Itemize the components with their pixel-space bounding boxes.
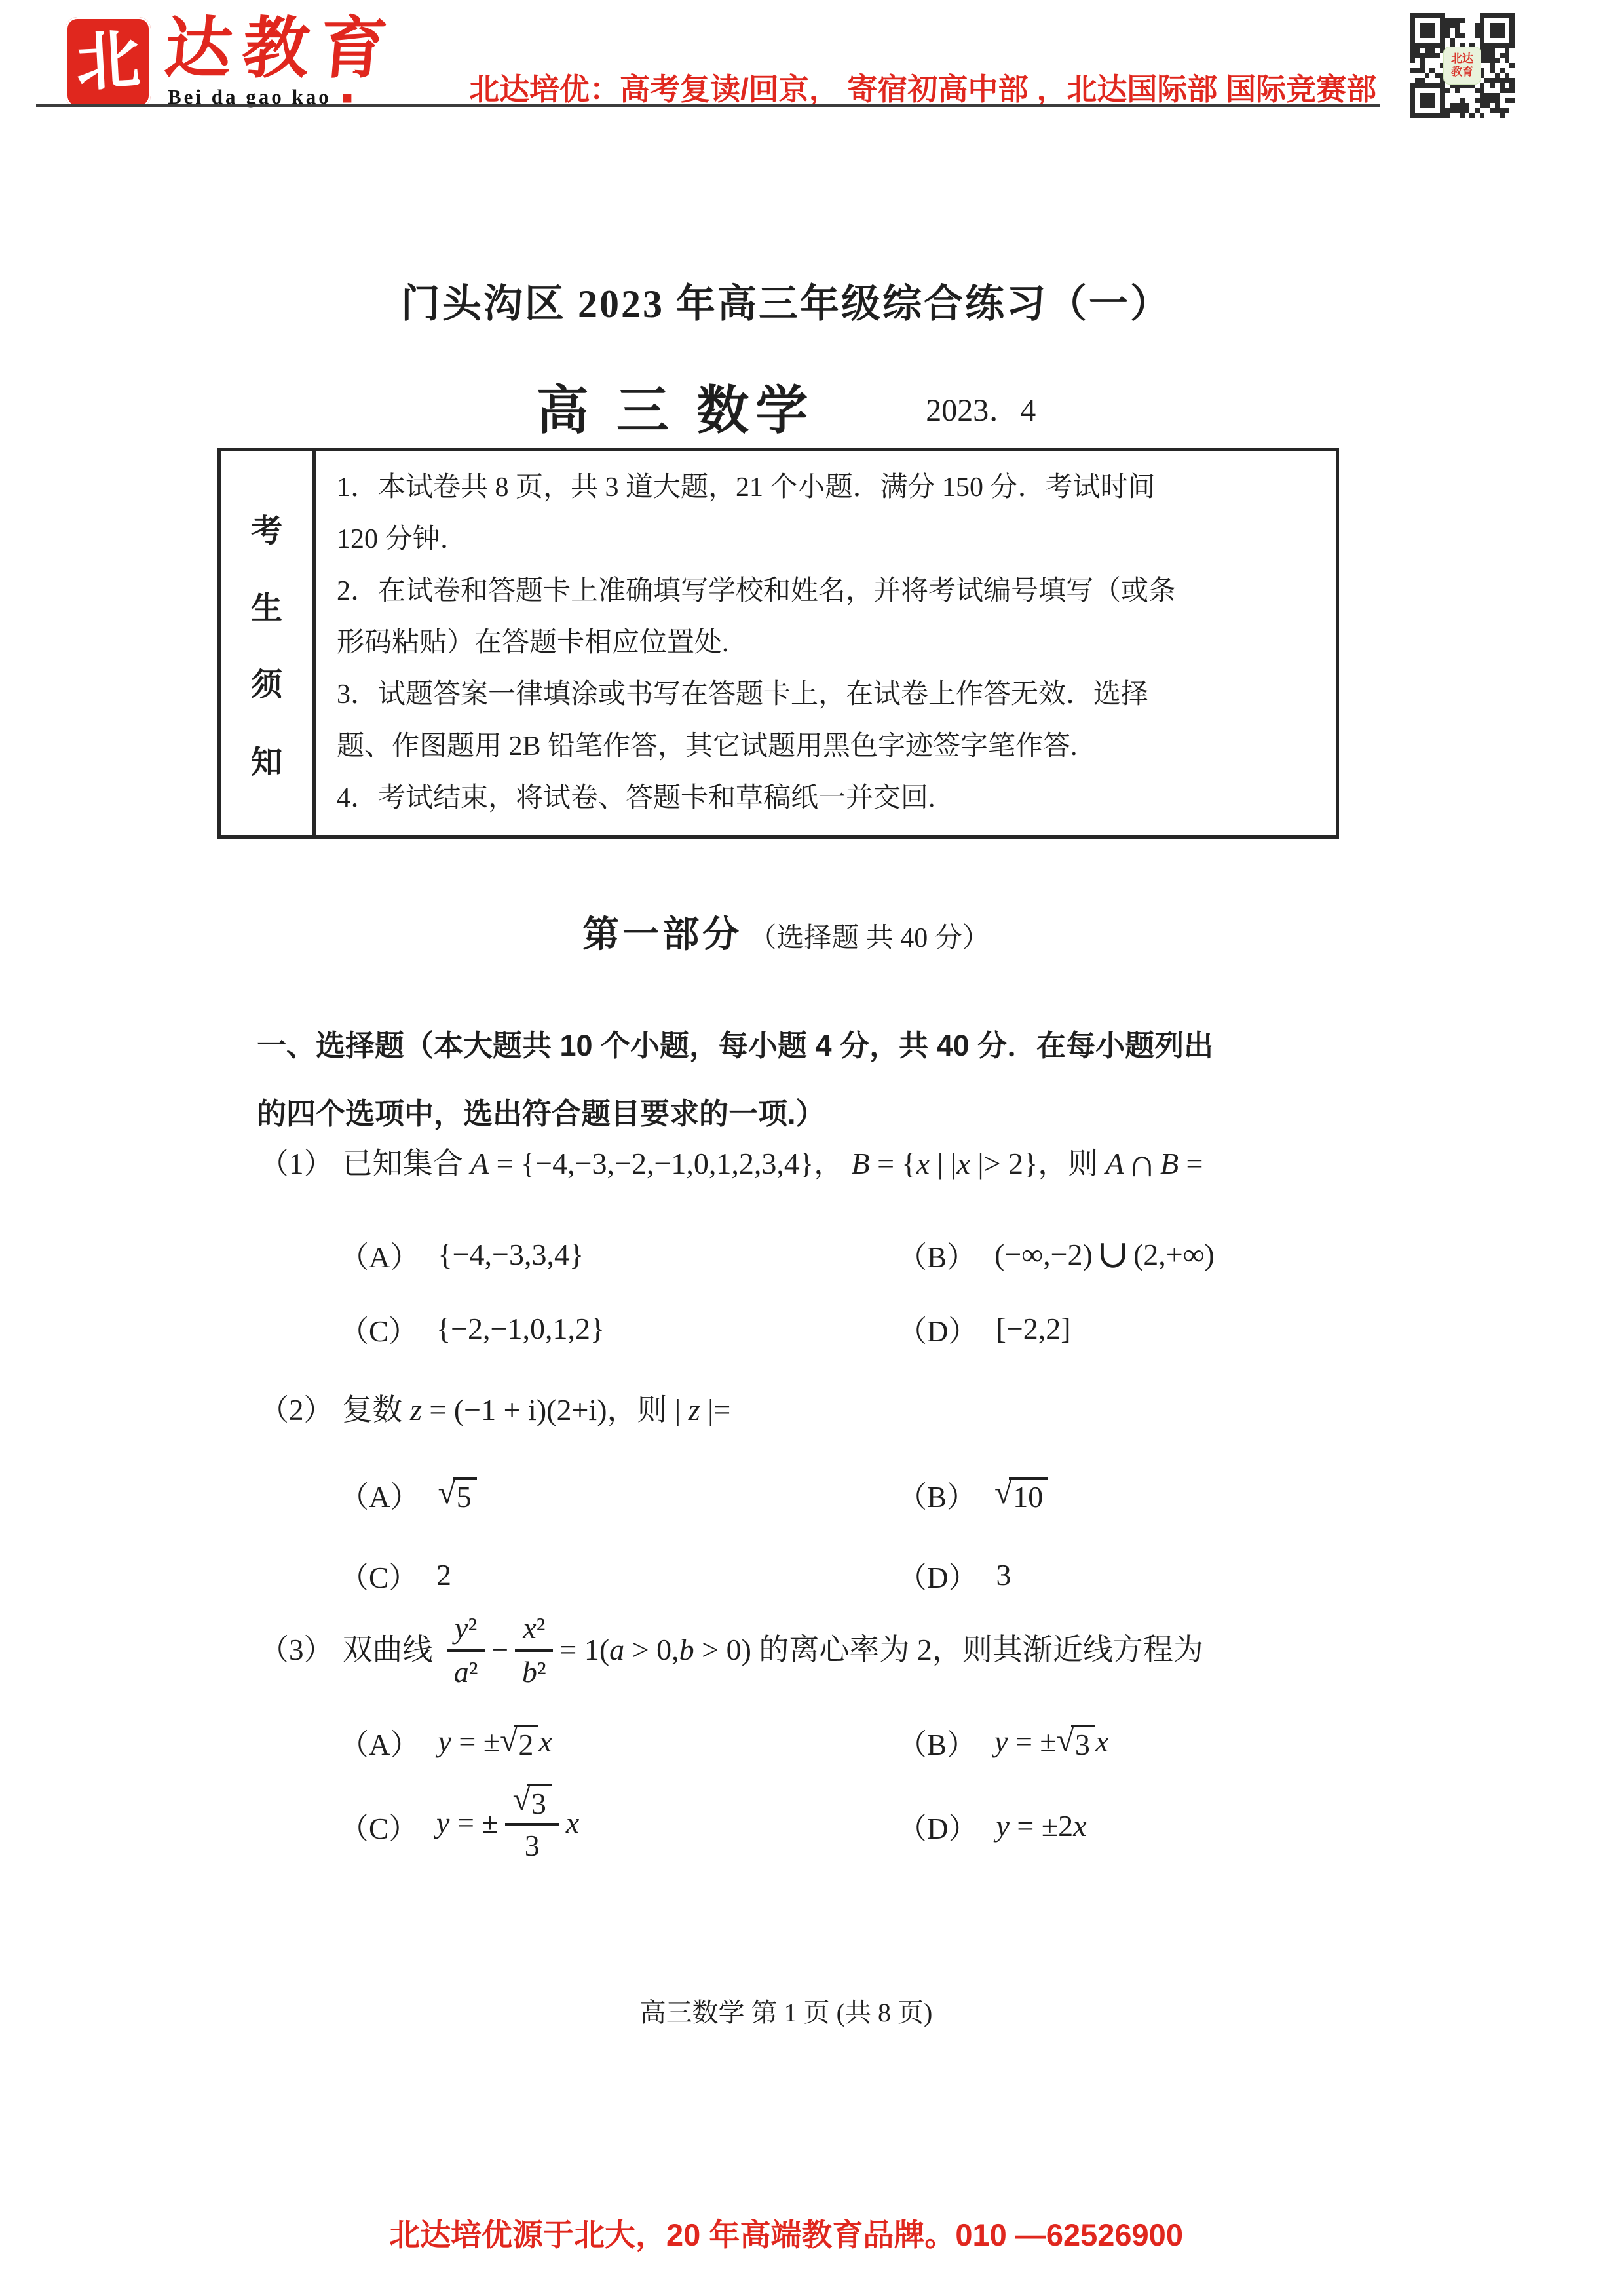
- option-content: [−2,2]: [996, 1311, 1071, 1346]
- part1-heading-paren: （选择题 共 40 分）: [749, 923, 990, 953]
- notice-line: 3．试题答案一律填涂或书写在答题卡上，在试卷上作答无效．选择: [337, 669, 1319, 721]
- exam-subject: 高 三 数学: [537, 381, 814, 440]
- option-label: （A）: [339, 1721, 420, 1763]
- option-content: {−2,−1,0,1,2}: [436, 1311, 605, 1346]
- question-2-option-a: （A）√5: [339, 1473, 897, 1516]
- option-label: （D）: [897, 1307, 978, 1350]
- exam-page: 北 达教育 Bei da gao kao■ 北达培优：高考复读/回京， 寄宿初高…: [0, 0, 1624, 2296]
- question-1-option-d: （D）[−2,2]: [897, 1307, 1373, 1350]
- option-label: （D）: [897, 1805, 978, 1847]
- question-2-stem-math: 复数 z = (−1 + i)(2+i)，则 | z |=: [343, 1393, 731, 1426]
- notice-box: 考 生 须 知 1．本试卷共 8 页，共 3 道大题，21 个小题．满分 150…: [217, 448, 1339, 839]
- option-content: 3: [996, 1558, 1011, 1592]
- qr-center-label: 北达 教育: [1443, 47, 1481, 85]
- section-intro-line1: 一、选择题（本大题共 10 个小题，每小题 4 分，共 40 分．在每小题列出: [257, 1012, 1370, 1080]
- question-3-option-d: （D）y = ±2x: [897, 1805, 1373, 1847]
- question-2: （2）复数 z = (−1 + i)(2+i)，则 | z |= （A）√5 （…: [259, 1389, 1373, 1596]
- notice-line: 2．在试卷和答题卡上准确填写学校和姓名，并将考试编号填写（或条: [337, 565, 1319, 617]
- notice-side-char: 考: [251, 505, 282, 550]
- question-1: （1）已知集合 A = {−4,−3,−2,−1,0,1,2,3,4}， B =…: [259, 1143, 1373, 1350]
- question-3-stem-math: 双曲线 y²a²−x²b²= 1(a > 0,b > 0) 的离心率为 2，则其…: [343, 1633, 1203, 1666]
- exam-subtitle: 高 三 数学2023．4: [216, 368, 1356, 444]
- logo-brand-text: 达教育: [162, 14, 430, 85]
- question-2-option-d: （D）3: [897, 1554, 1373, 1596]
- exam-date: 2023．4: [926, 393, 1036, 428]
- logo-stamp-char: 北: [74, 29, 142, 96]
- option-label: （B）: [897, 1721, 976, 1763]
- logo-stamp: 北: [66, 17, 151, 107]
- part1-heading: 第一部分（选择题 共 40 分）: [216, 906, 1356, 958]
- option-label: （B）: [897, 1473, 976, 1516]
- question-1-option-b: （B）(−∞,−2)∪(2,+∞): [897, 1233, 1373, 1276]
- option-content: √5: [438, 1476, 477, 1512]
- question-2-option-c: （C）2: [339, 1554, 897, 1596]
- option-content: y = ±√3x: [994, 1724, 1108, 1760]
- option-label: （B）: [897, 1233, 976, 1276]
- question-1-stem-math: 已知集合 A = {−4,−3,−2,−1,0,1,2,3,4}， B = {x…: [343, 1147, 1203, 1180]
- question-3-stem: （3）双曲线 y²a²−x²b²= 1(a > 0,b > 0) 的离心率为 2…: [259, 1613, 1373, 1692]
- question-3-option-c: （C）y = ±√33x: [339, 1786, 897, 1866]
- option-label: （C）: [339, 1307, 418, 1350]
- option-label: （C）: [339, 1554, 418, 1596]
- exam-title: 门头沟区 2023 年高三年级综合练习（一）: [216, 273, 1356, 329]
- option-content: y = ±2x: [996, 1808, 1087, 1843]
- question-2-option-b: （B）√10: [897, 1473, 1373, 1516]
- page-footer: 高三数学 第 1 页 (共 8 页): [216, 1992, 1356, 2029]
- part1-heading-main: 第一部分: [582, 913, 742, 955]
- option-content: {−4,−3,3,4}: [438, 1237, 584, 1272]
- option-label: （D）: [897, 1554, 978, 1596]
- question-1-stem: （1）已知集合 A = {−4,−3,−2,−1,0,1,2,3,4}， B =…: [259, 1143, 1373, 1185]
- notice-line: 4．考试结束，将试卷、答题卡和草稿纸一并交回.: [337, 773, 1319, 824]
- option-label: （C）: [339, 1805, 418, 1847]
- option-content: 2: [436, 1558, 451, 1592]
- option-label: （A）: [339, 1473, 420, 1516]
- question-3-option-a: （A）y = ±√2x: [339, 1721, 897, 1763]
- notice-body: 1．本试卷共 8 页，共 3 道大题，21 个小题．满分 150 分．考试时间 …: [316, 451, 1336, 835]
- option-content: (−∞,−2)∪(2,+∞): [994, 1235, 1215, 1274]
- notice-line: 题、作图题用 2B 铅笔作答，其它试题用黑色字迹签字笔作答.: [337, 721, 1319, 773]
- question-1-options: （A）{−4,−3,3,4} （B）(−∞,−2)∪(2,+∞) （C）{−2,…: [339, 1233, 1373, 1350]
- question-1-option-c: （C）{−2,−1,0,1,2}: [339, 1307, 897, 1350]
- header-divider: [36, 104, 1380, 107]
- notice-side-label: 考 生 须 知: [221, 451, 316, 835]
- qr-label-line2: 教育: [1451, 66, 1473, 79]
- question-2-options: （A）√5 （B）√10 （C）2 （D）3: [339, 1473, 1373, 1596]
- notice-line: 1．本试卷共 8 页，共 3 道大题，21 个小题．满分 150 分．考试时间: [337, 462, 1319, 514]
- option-content: y = ±√33x: [436, 1786, 579, 1866]
- question-number: （3）: [259, 1634, 333, 1666]
- question-3-option-b: （B）y = ±√3x: [897, 1721, 1373, 1763]
- qr-code: 北达 教育: [1410, 13, 1515, 118]
- bottom-slogan: 北达培优源于北大，20 年高端教育品牌。010 —62526900: [216, 2211, 1356, 2255]
- notice-side-char: 知: [251, 737, 282, 782]
- question-number: （1）: [259, 1147, 333, 1180]
- qr-label-line1: 北达: [1451, 52, 1473, 66]
- question-number: （2）: [259, 1394, 333, 1426]
- question-3-options: （A）y = ±√2x （B）y = ±√3x （C）y = ±√33x （D）…: [339, 1721, 1373, 1866]
- option-content: √10: [994, 1476, 1048, 1512]
- notice-side-char: 须: [251, 659, 282, 704]
- question-1-option-a: （A）{−4,−3,3,4}: [339, 1233, 897, 1276]
- question-3: （3）双曲线 y²a²−x²b²= 1(a > 0,b > 0) 的离心率为 2…: [259, 1613, 1373, 1866]
- notice-line: 120 分钟．: [337, 514, 1319, 565]
- option-label: （A）: [339, 1233, 420, 1276]
- section-intro: 一、选择题（本大题共 10 个小题，每小题 4 分，共 40 分．在每小题列出 …: [257, 1012, 1370, 1148]
- notice-line: 形码粘贴）在答题卡相应位置处.: [337, 617, 1319, 669]
- section-intro-line2: 的四个选项中，选出符合题目要求的一项.）: [257, 1080, 1370, 1148]
- notice-side-char: 生: [251, 583, 282, 628]
- question-2-stem: （2）复数 z = (−1 + i)(2+i)，则 | z |=: [259, 1389, 1373, 1431]
- option-content: y = ±√2x: [438, 1724, 552, 1760]
- header-tagline: 北达培优：高考复读/回京， 寄宿初高中部 ，北达国际部 国际竞赛部: [469, 66, 1386, 109]
